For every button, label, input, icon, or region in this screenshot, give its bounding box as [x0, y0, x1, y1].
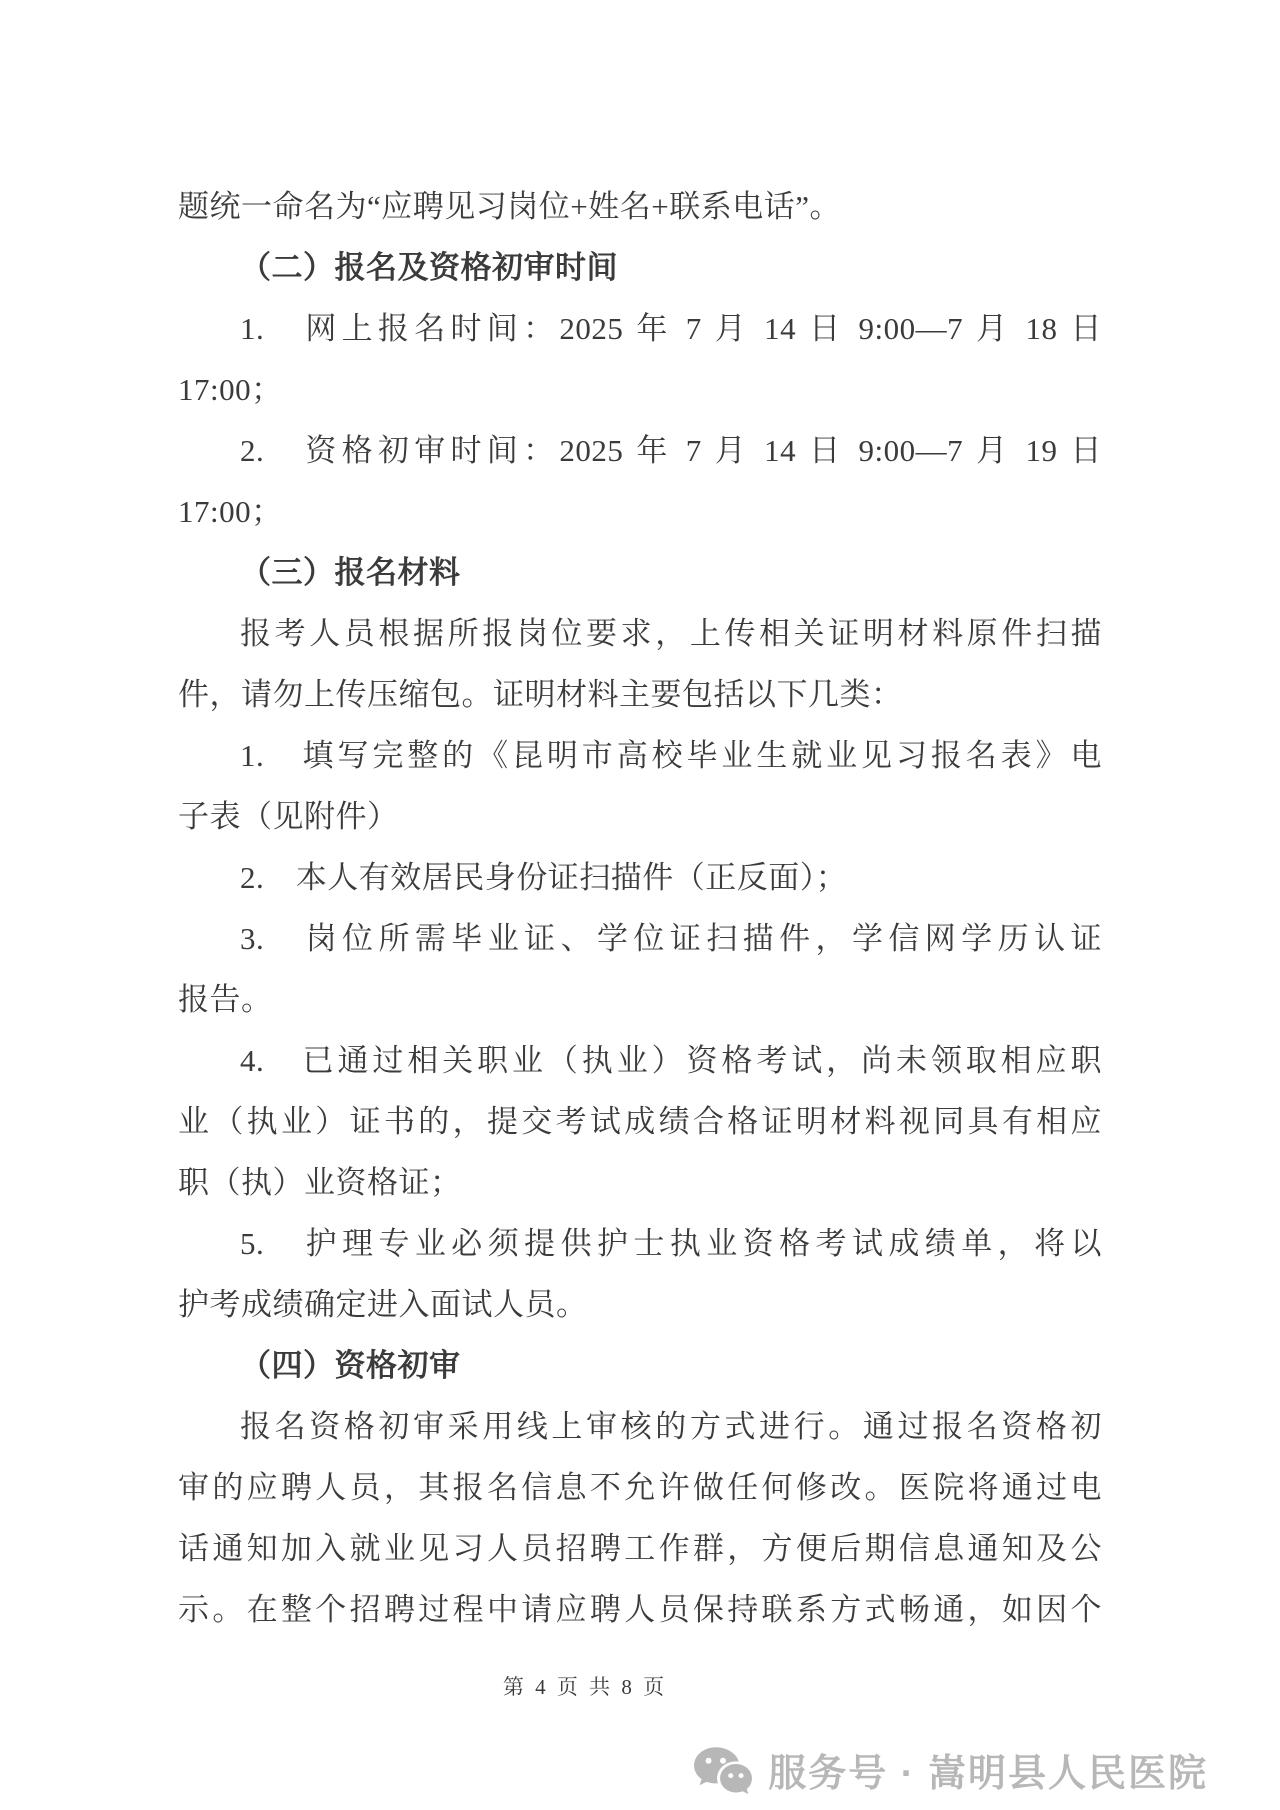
doc-line: 2. 资格初审时间：2025 年 7 月 14 日 9:00—7 月 19 日 [178, 420, 1102, 481]
doc-line: 题统一命名为“应聘见习岗位+姓名+联系电话”。 [178, 176, 1102, 237]
doc-line: 报告。 [178, 969, 1102, 1030]
doc-line: 护考成绩确定进入面试人员。 [178, 1274, 1102, 1335]
doc-line: 17:00； [178, 359, 1102, 420]
doc-line: 1. 网上报名时间：2025 年 7 月 14 日 9:00—7 月 18 日 [178, 298, 1102, 359]
doc-line: 审的应聘人员，其报名信息不允许做任何修改。医院将通过电 [178, 1457, 1102, 1518]
page-number: 第 4 页 共 8 页 [0, 1671, 1170, 1701]
doc-heading: （二）报名及资格初审时间 [178, 237, 1102, 298]
doc-line: 5. 护理专业必须提供护士执业资格考试成绩单，将以 [178, 1213, 1102, 1274]
doc-line: 件，请勿上传压缩包。证明材料主要包括以下几类： [178, 664, 1102, 725]
doc-line: 1. 填写完整的《昆明市高校毕业生就业见习报名表》电 [178, 725, 1102, 786]
doc-heading: （四）资格初审 [178, 1335, 1102, 1396]
watermark: 服务号 · 嵩明县人民医院 [692, 1742, 1208, 1797]
wechat-icon [692, 1744, 754, 1796]
doc-heading: （三）报名材料 [178, 542, 1102, 603]
doc-line: 业（执业）证书的，提交考试成绩合格证明材料视同具有相应 [178, 1091, 1102, 1152]
doc-content: 题统一命名为“应聘见习岗位+姓名+联系电话”。 （二）报名及资格初审时间 1. … [178, 176, 1102, 1640]
doc-line: 职（执）业资格证； [178, 1152, 1102, 1213]
doc-line: 子表（见附件） [178, 786, 1102, 847]
doc-line: 报考人员根据所报岗位要求，上传相关证明材料原件扫描 [178, 603, 1102, 664]
watermark-label: 服务号 · 嵩明县人民医院 [768, 1742, 1208, 1797]
doc-line: 话通知加入就业见习人员招聘工作群，方便后期信息通知及公 [178, 1518, 1102, 1579]
doc-line: 示。在整个招聘过程中请应聘人员保持联系方式畅通，如因个 [178, 1579, 1102, 1640]
doc-line: 17:00； [178, 481, 1102, 542]
document-page: 题统一命名为“应聘见习岗位+姓名+联系电话”。 （二）报名及资格初审时间 1. … [0, 0, 1280, 1810]
doc-line: 3. 岗位所需毕业证、学位证扫描件，学信网学历认证 [178, 908, 1102, 969]
doc-line: 2. 本人有效居民身份证扫描件（正反面）； [178, 847, 1102, 908]
doc-line: 报名资格初审采用线上审核的方式进行。通过报名资格初 [178, 1396, 1102, 1457]
doc-line: 4. 已通过相关职业（执业）资格考试，尚未领取相应职 [178, 1030, 1102, 1091]
